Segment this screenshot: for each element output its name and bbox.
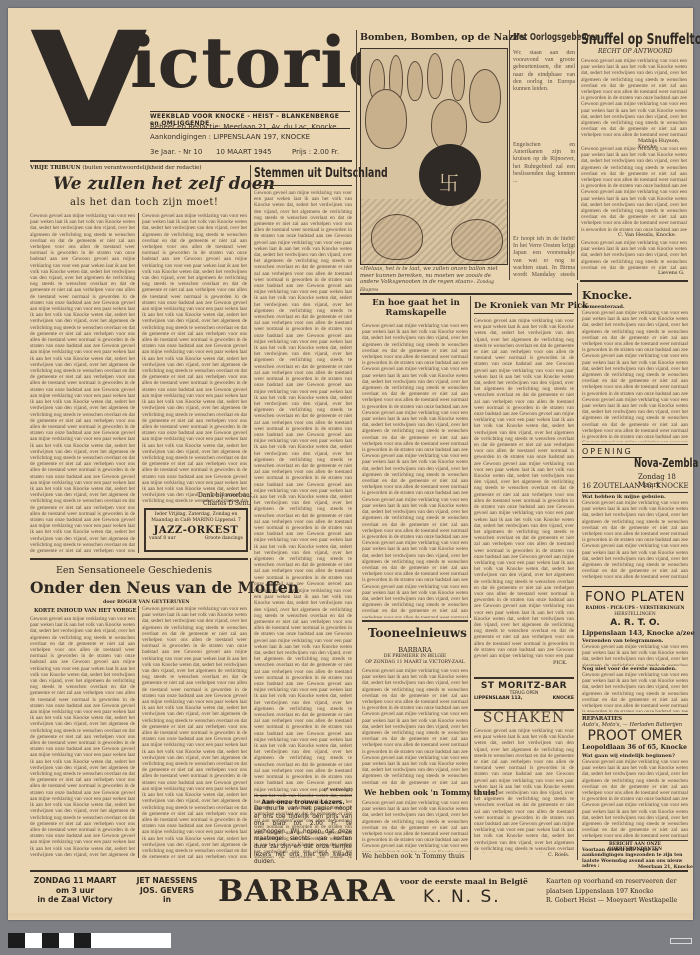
- masthead-initial: V: [30, 26, 141, 136]
- cartoon-title: Bomben, Bomben, op de Nazi's: [360, 32, 526, 43]
- aan-lezers-title: Aan onze trouwe Lezers.: [254, 799, 352, 806]
- scale-marker: [670, 938, 692, 944]
- newspaper-page: V ictorie WEEKBLAD VOOR KNOCKE - HEIST -…: [8, 8, 693, 920]
- kroniek-body: Gewoon gevoel aan mijne verklaring van v…: [474, 318, 574, 658]
- stemmen-title: Stemmen uit Duitschland: [254, 166, 388, 181]
- schaken-sig: C. Roels.: [548, 853, 569, 858]
- snuffel-title: Snuffel op Snuffeltocht.: [581, 30, 700, 48]
- kroniek-title: De Kroniek van Mr Pick: [474, 301, 588, 311]
- snuffel-sig-2: C. Van Hessla, Knocke.: [618, 232, 676, 238]
- ramskapelle-title: En hoe gaat het in Ramskapelle: [362, 298, 470, 318]
- calibration-bar: [8, 933, 25, 948]
- cartoon-illustration: 卐: [360, 48, 508, 265]
- masthead-price: Prijs : 2.00 Fr.: [292, 148, 339, 156]
- opening-body: Gewoon gevoel aan mijne verklaring van v…: [582, 500, 688, 580]
- schaken-body: Gewoon gevoel aan mijne verklaring van v…: [474, 728, 574, 853]
- snuffel-subtitle: RECHT OP ANTWOORD: [598, 48, 672, 55]
- kroniek-sig: PICK.: [553, 660, 568, 666]
- swastika-icon: 卐: [439, 167, 459, 196]
- snuffel-body-3: Gewoon gevoel aan mijne verklaring van v…: [581, 240, 687, 270]
- ramskapelle-body: Gewoon gevoel aan mijne verklaring van v…: [362, 323, 468, 618]
- snuffel-body-2: Gewoon gevoel aan mijne verklaring van v…: [581, 146, 687, 231]
- snuffel-sig-3: Lievens G.: [658, 270, 684, 276]
- oorlog-body: Engelschen en Amerikanen zijn in kruisen…: [513, 142, 575, 234]
- masthead-aankondigingen: Aankondigingen : LIPPENSLAAN 197, KNOCKE: [150, 133, 310, 141]
- vrije-tribuun-col-2: Gewoon gevoel aan mijne verklaring van v…: [142, 213, 247, 503]
- vrije-tribuun-thanks: Dank bij voorbaat,: [198, 492, 254, 499]
- tooneel-body: Gewoon gevoel aan mijne verklaring van v…: [362, 668, 468, 786]
- tooneel-title: Tooneelnieuws: [368, 626, 467, 640]
- vrije-tribuun-col-1: Gewoon gevoel aan mijne verklaring van v…: [30, 213, 135, 553]
- moffen-kicker: Een Sensationeele Geschiedenis: [56, 565, 212, 576]
- vrije-tribuun-headline: We zullen het zelf doen: [53, 174, 275, 194]
- footer-tickets: Kaarten op voorhand en reserveeren derpl…: [546, 877, 677, 906]
- oorlog-lead: Wc staan aan den vooravond van groote ge…: [513, 50, 575, 140]
- schaken-title: SCHAKEN: [474, 710, 574, 726]
- footer-first: voor de eerste maal in België: [400, 877, 528, 886]
- aan-lezers-text: De duurte van het papier noopt er ons to…: [254, 806, 352, 867]
- moffen-continued: (* vervolgt): [324, 787, 353, 793]
- knocke-title: Knocke.: [582, 289, 632, 302]
- cartoon-caption: «Helaas, het is te laat, we zullen onzen…: [360, 266, 508, 294]
- opening-address: 16 ZOUTELAAN 16, KNOCKE: [582, 482, 689, 490]
- masthead-title: ictorie: [130, 26, 393, 100]
- footer-cast: JET NAESSENSJOS. GEVERSin: [128, 876, 206, 905]
- footer-when: ZONDAG 11 MAARTom 3 uurin de Zaal Victor…: [30, 876, 120, 905]
- moffen-col-1: Gewoon gevoel aan mijne verklaring van v…: [30, 616, 135, 858]
- stemmen-body: Gewoon gevoel aan mijne verklaring van v…: [254, 190, 352, 585]
- tooneel-when: OP ZONDAG 11 MAART in VICTORY-ZAAL: [362, 660, 468, 665]
- tooneel-play: BARBARA: [362, 646, 468, 654]
- opening-name: Nova-Zembla: [634, 456, 698, 470]
- moffen-col-2: Gewoon gevoel aan mijne verklaring van v…: [142, 606, 247, 858]
- masthead-beheer: Beheer en Redactie: Meerlaan 21, Av. du …: [150, 123, 337, 131]
- proot-name: PROOT OMER: [582, 728, 688, 744]
- tooneel-sub: DE PREMIERE IN BELGIE: [362, 654, 468, 659]
- oorlog-end: Er hoopt ieh in de hiebt! In het Verre O…: [513, 236, 575, 278]
- fono-address: Lippenslaan 143, Knocke a/zee: [582, 629, 695, 637]
- knocke-body: Gewoon gevoel aan mijne verklaring van v…: [582, 310, 688, 442]
- st-moritz-ad: ST MORITZ-BAR TERUG OPEN LIPPENSLAAN 113…: [474, 677, 574, 711]
- vrije-tribuun-label: VRIJE TRIBUUN (buiten verantwoordelijkhe…: [30, 165, 202, 171]
- snuffel-body-1: Gewoon gevoel aan mijne verklaring van v…: [581, 58, 687, 138]
- footer-play-title: BARBARA: [218, 874, 395, 909]
- masthead-rule: [30, 160, 352, 162]
- jazz-orkest-title: JAZZ-ORKEST: [146, 525, 246, 536]
- st-moritz-name: ST MORITZ-BAR: [474, 681, 574, 691]
- opening-label: OPENING: [582, 447, 633, 456]
- aan-lezers-box: Aan onze trouwe Lezers. De duurte van he…: [254, 795, 352, 859]
- masthead-date: 10 MAART 1945: [216, 148, 272, 156]
- footer-company: K. N. S.: [423, 887, 501, 907]
- moffen-byline: door ROGER VAN GEYTERUYEN: [103, 599, 190, 605]
- proot-address: Leopoldlaan 36 of 65, Knocke: [582, 744, 687, 751]
- moffen-lead: KORTE INHOUD VAN HET VORIGE: [34, 608, 136, 614]
- moffen-headline: Onder den Neus van de Moffen: [30, 578, 299, 597]
- vrije-tribuun-signature: Charles D'Sent.: [203, 500, 251, 507]
- masthead-issue: 3e Jaar. - Nr 10: [150, 148, 202, 156]
- fono-title: FONO PLATEN: [582, 589, 688, 605]
- jazz-orkest-ad: Ieder Vrijdag, Zaterdag, Zondag en Maand…: [144, 508, 248, 552]
- tommy-body: Gewoon gevoel aan mijne verklaring van v…: [362, 800, 468, 852]
- fono-brand: A. R. T. O.: [582, 618, 688, 628]
- tommy-end: We hebben ook 'n Tommy thuis: [362, 852, 465, 860]
- vrije-tribuun-subhead: als het dan toch zijn moet!: [70, 197, 218, 208]
